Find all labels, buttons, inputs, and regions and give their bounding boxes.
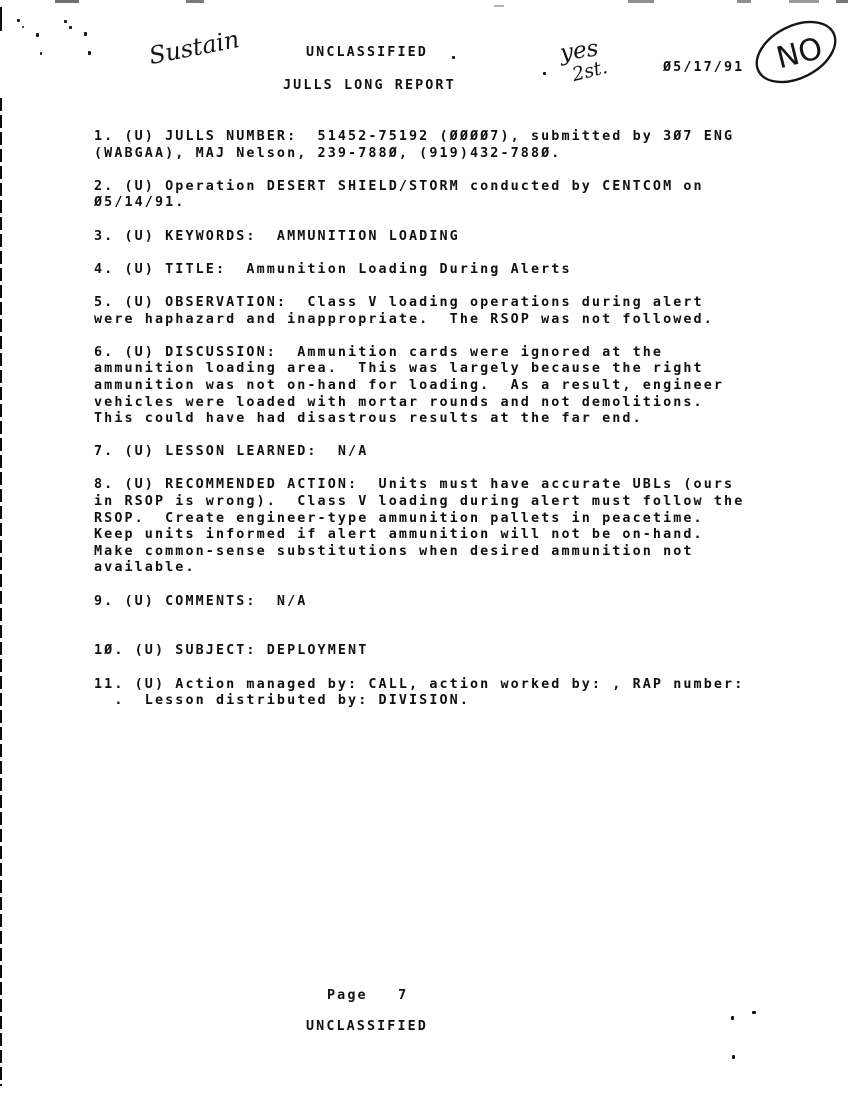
scan-artifact-top-dash — [737, 0, 751, 3]
report-date: Ø5/17/91 — [663, 60, 744, 75]
scan-artifact-top-dash — [836, 0, 848, 3]
ink-speck — [69, 26, 72, 29]
ink-speck — [732, 1055, 735, 1059]
report-title: JULLS LONG REPORT — [283, 78, 456, 93]
classification-footer: UNCLASSIFIED — [306, 1019, 428, 1034]
document-page: Sustain UNCLASSIFIED JULLS LONG REPORT y… — [0, 0, 848, 1104]
ink-speck — [40, 52, 42, 55]
ink-speck — [752, 1011, 756, 1014]
scan-artifact-top-dash — [494, 5, 504, 7]
ink-speck — [543, 72, 546, 75]
ink-speck — [17, 19, 20, 22]
ink-speck — [731, 1016, 734, 1020]
ink-speck — [452, 56, 455, 59]
ink-speck — [22, 26, 24, 28]
scan-artifact-left-bar — [0, 7, 2, 31]
ink-speck — [88, 51, 91, 55]
classification-header: UNCLASSIFIED — [306, 45, 428, 60]
ink-speck — [84, 32, 87, 36]
handwritten-sustain-note: Sustain — [147, 25, 242, 70]
page-number: Page 7 — [327, 988, 408, 1003]
scan-artifact-top-dash — [628, 0, 654, 3]
scan-artifact-top-dash — [789, 0, 819, 3]
no-stamp: NO — [750, 8, 842, 96]
scan-artifact-top-dash — [55, 0, 79, 3]
scan-artifact-top-dash — [186, 0, 204, 3]
report-body-text: 1. (U) JULLS NUMBER: 51452-75192 (ØØØØ7)… — [94, 129, 744, 710]
ink-speck — [36, 33, 39, 37]
ink-speck — [64, 20, 67, 23]
scan-artifact-left-line — [0, 98, 2, 1086]
